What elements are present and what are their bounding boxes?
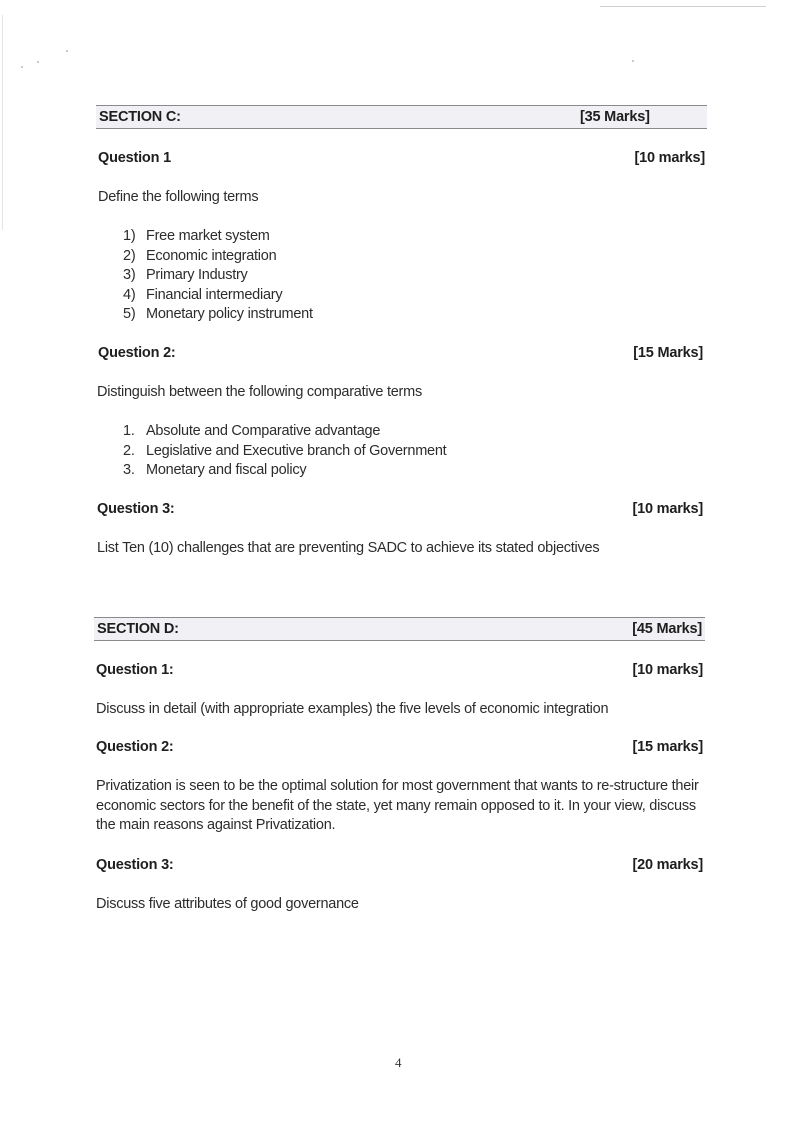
list-number: 3) xyxy=(123,266,135,286)
page-number: 4 xyxy=(395,1055,402,1071)
list-number: 2) xyxy=(123,247,135,267)
question-prompt: Define the following terms xyxy=(98,188,258,208)
list-text: Financial intermediary xyxy=(146,286,282,306)
question-heading: Question 2: xyxy=(98,345,176,361)
list-text: Legislative and Executive branch of Gove… xyxy=(146,442,446,462)
section-marks: [45 Marks] xyxy=(632,621,702,637)
list-item: 5)Monetary policy instrument xyxy=(123,305,523,325)
question-heading: Question 3: xyxy=(96,857,174,873)
scan-speck xyxy=(66,50,68,52)
list-number: 3. xyxy=(123,461,135,481)
list-item: 1)Free market system xyxy=(123,227,523,247)
list-number: 5) xyxy=(123,305,135,325)
scan-artifact-line xyxy=(2,15,3,230)
question-heading: Question 1: xyxy=(96,662,174,678)
list-number: 1) xyxy=(123,227,135,247)
question-prompt: List Ten (10) challenges that are preven… xyxy=(97,539,599,559)
section-c-header: SECTION C: [35 Marks] xyxy=(96,105,707,129)
list-text: Primary Industry xyxy=(146,266,248,286)
section-title: SECTION D: xyxy=(97,621,179,637)
question-heading: Question 3: xyxy=(97,501,175,517)
list-item: 1.Absolute and Comparative advantage xyxy=(123,422,543,442)
scan-speck xyxy=(37,61,39,63)
question-heading: Question 2: xyxy=(96,739,174,755)
scan-speck xyxy=(632,60,634,62)
list-item: 3.Monetary and fiscal policy xyxy=(123,461,543,481)
question-marks: [10 marks] xyxy=(634,150,705,166)
scan-artifact-line xyxy=(600,6,766,7)
section-title: SECTION C: xyxy=(99,109,181,125)
scan-speck xyxy=(21,66,23,68)
list-number: 1. xyxy=(123,422,135,442)
terms-list: 1.Absolute and Comparative advantage 2.L… xyxy=(123,422,543,481)
question-marks: [10 marks] xyxy=(632,501,703,517)
question-marks: [10 marks] xyxy=(632,662,703,678)
section-d-header: SECTION D: [45 Marks] xyxy=(94,617,705,641)
question-prompt: Discuss five attributes of good governan… xyxy=(96,895,359,915)
question-marks: [20 marks] xyxy=(632,857,703,873)
list-item: 3)Primary Industry xyxy=(123,266,523,286)
list-text: Monetary policy instrument xyxy=(146,305,313,325)
section-marks: [35 Marks] xyxy=(580,109,650,125)
list-text: Free market system xyxy=(146,227,270,247)
terms-list: 1)Free market system 2)Economic integrat… xyxy=(123,227,523,325)
list-text: Monetary and fiscal policy xyxy=(146,461,306,481)
list-item: 2.Legislative and Executive branch of Go… xyxy=(123,442,543,462)
list-number: 4) xyxy=(123,286,135,306)
list-number: 2. xyxy=(123,442,135,462)
question-prompt: Privatization is seen to be the optimal … xyxy=(96,777,706,836)
question-marks: [15 marks] xyxy=(632,739,703,755)
list-item: 2)Economic integration xyxy=(123,247,523,267)
list-item: 4)Financial intermediary xyxy=(123,286,523,306)
list-text: Absolute and Comparative advantage xyxy=(146,422,380,442)
question-marks: [15 Marks] xyxy=(633,345,703,361)
question-prompt: Discuss in detail (with appropriate exam… xyxy=(96,700,608,720)
question-heading: Question 1 xyxy=(98,150,171,166)
question-prompt: Distinguish between the following compar… xyxy=(97,383,422,403)
list-text: Economic integration xyxy=(146,247,276,267)
